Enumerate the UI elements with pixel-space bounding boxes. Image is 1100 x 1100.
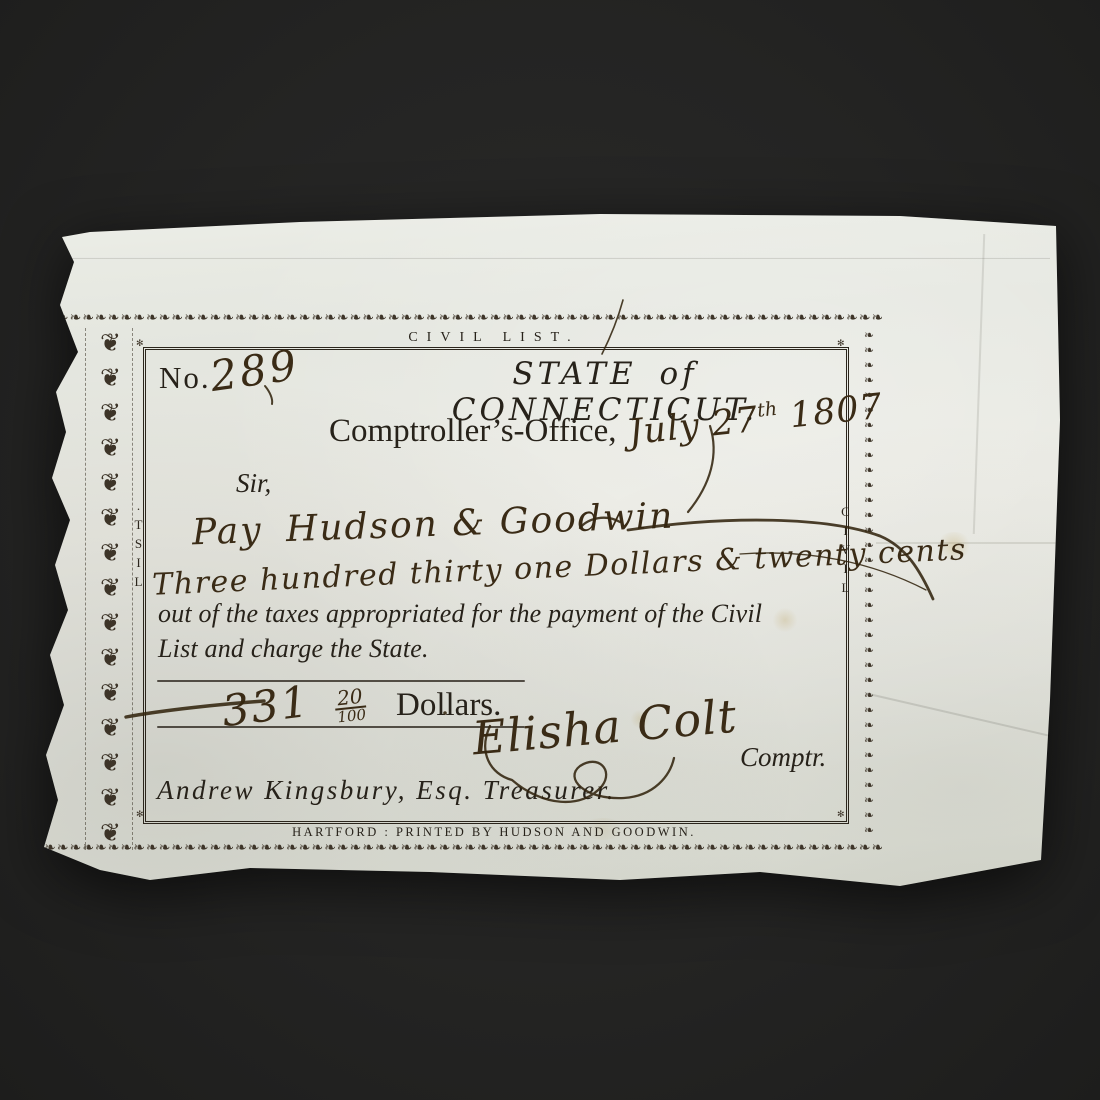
bottom-chain-border-ornament: ❧❧❧❧❧❧❧❧❧❧❧❧❧❧❧❧❧❧❧❧❧❧❧❧❧❧❧❧❧❧❧❧❧❧❧❧❧❧❧❧… xyxy=(44,839,882,859)
corner-printer-mark: ✻ xyxy=(136,340,144,348)
left-foliate-border-ornament: ❦❦❦❦❦❦❦❦❦❦❦❦❦❦❦❦❦❦❦❦ xyxy=(85,328,133,850)
top-chain-border-ornament: ❧❧❧❧❧❧❧❧❧❧❧❧❧❧❧❧❧❧❧❧❧❧❧❧❧❧❧❧❧❧❧❧❧❧❧❧❧❧❧❧… xyxy=(44,309,882,329)
civil-list-header-label: CIVIL LIST. xyxy=(143,330,845,345)
paper-shadow-wrap: ❧❧❧❧❧❧❧❧❧❧❧❧❧❧❧❧❧❧❧❧❧❧❧❧❧❧❧❧❧❧❧❧❧❧❧❧❧❧❧❧… xyxy=(0,0,1100,1100)
corner-printer-mark: ✻ xyxy=(837,811,845,819)
corner-printer-mark: ✻ xyxy=(136,811,144,819)
pay-label: Pay xyxy=(191,510,263,553)
amount-figures-handwritten: 331 xyxy=(219,677,313,737)
crease-line xyxy=(973,234,985,534)
body-line-1: out of the taxes appropriated for the pa… xyxy=(158,599,762,629)
treasurer-line: Andrew Kingsbury, Esq. Treasurer. xyxy=(157,775,616,806)
photograph-stage: ❧❧❧❧❧❧❧❧❧❧❧❧❧❧❧❧❧❧❧❧❧❧❧❧❧❧❧❧❧❧❧❧❧❧❧❧❧❧❧❧… xyxy=(0,0,1100,1100)
number-label: No. xyxy=(159,360,211,396)
crease-line xyxy=(866,693,1061,740)
document-paper: ❧❧❧❧❧❧❧❧❧❧❧❧❧❧❧❧❧❧❧❧❧❧❧❧❧❧❧❧❧❧❧❧❧❧❧❧❧❧❧❧… xyxy=(40,210,1065,890)
date-ordinal-superscript: th xyxy=(756,398,778,422)
amount-fraction-handwritten: 20 100 xyxy=(333,686,368,725)
fraction-denominator: 100 xyxy=(335,707,368,725)
signer-title: Comptr. xyxy=(740,742,826,773)
amount-rule-top xyxy=(157,680,525,682)
salutation: Sir, xyxy=(236,468,271,499)
body-line-2: List and charge the State. xyxy=(158,634,429,664)
corner-printer-mark: ✻ xyxy=(837,340,845,348)
crease-line xyxy=(58,257,1050,259)
office-line: Comptroller’s-Office, xyxy=(329,413,616,450)
amount-rule-bottom xyxy=(157,726,525,728)
printer-imprint: HARTFORD : PRINTED BY HUDSON AND GOODWIN… xyxy=(143,825,845,840)
